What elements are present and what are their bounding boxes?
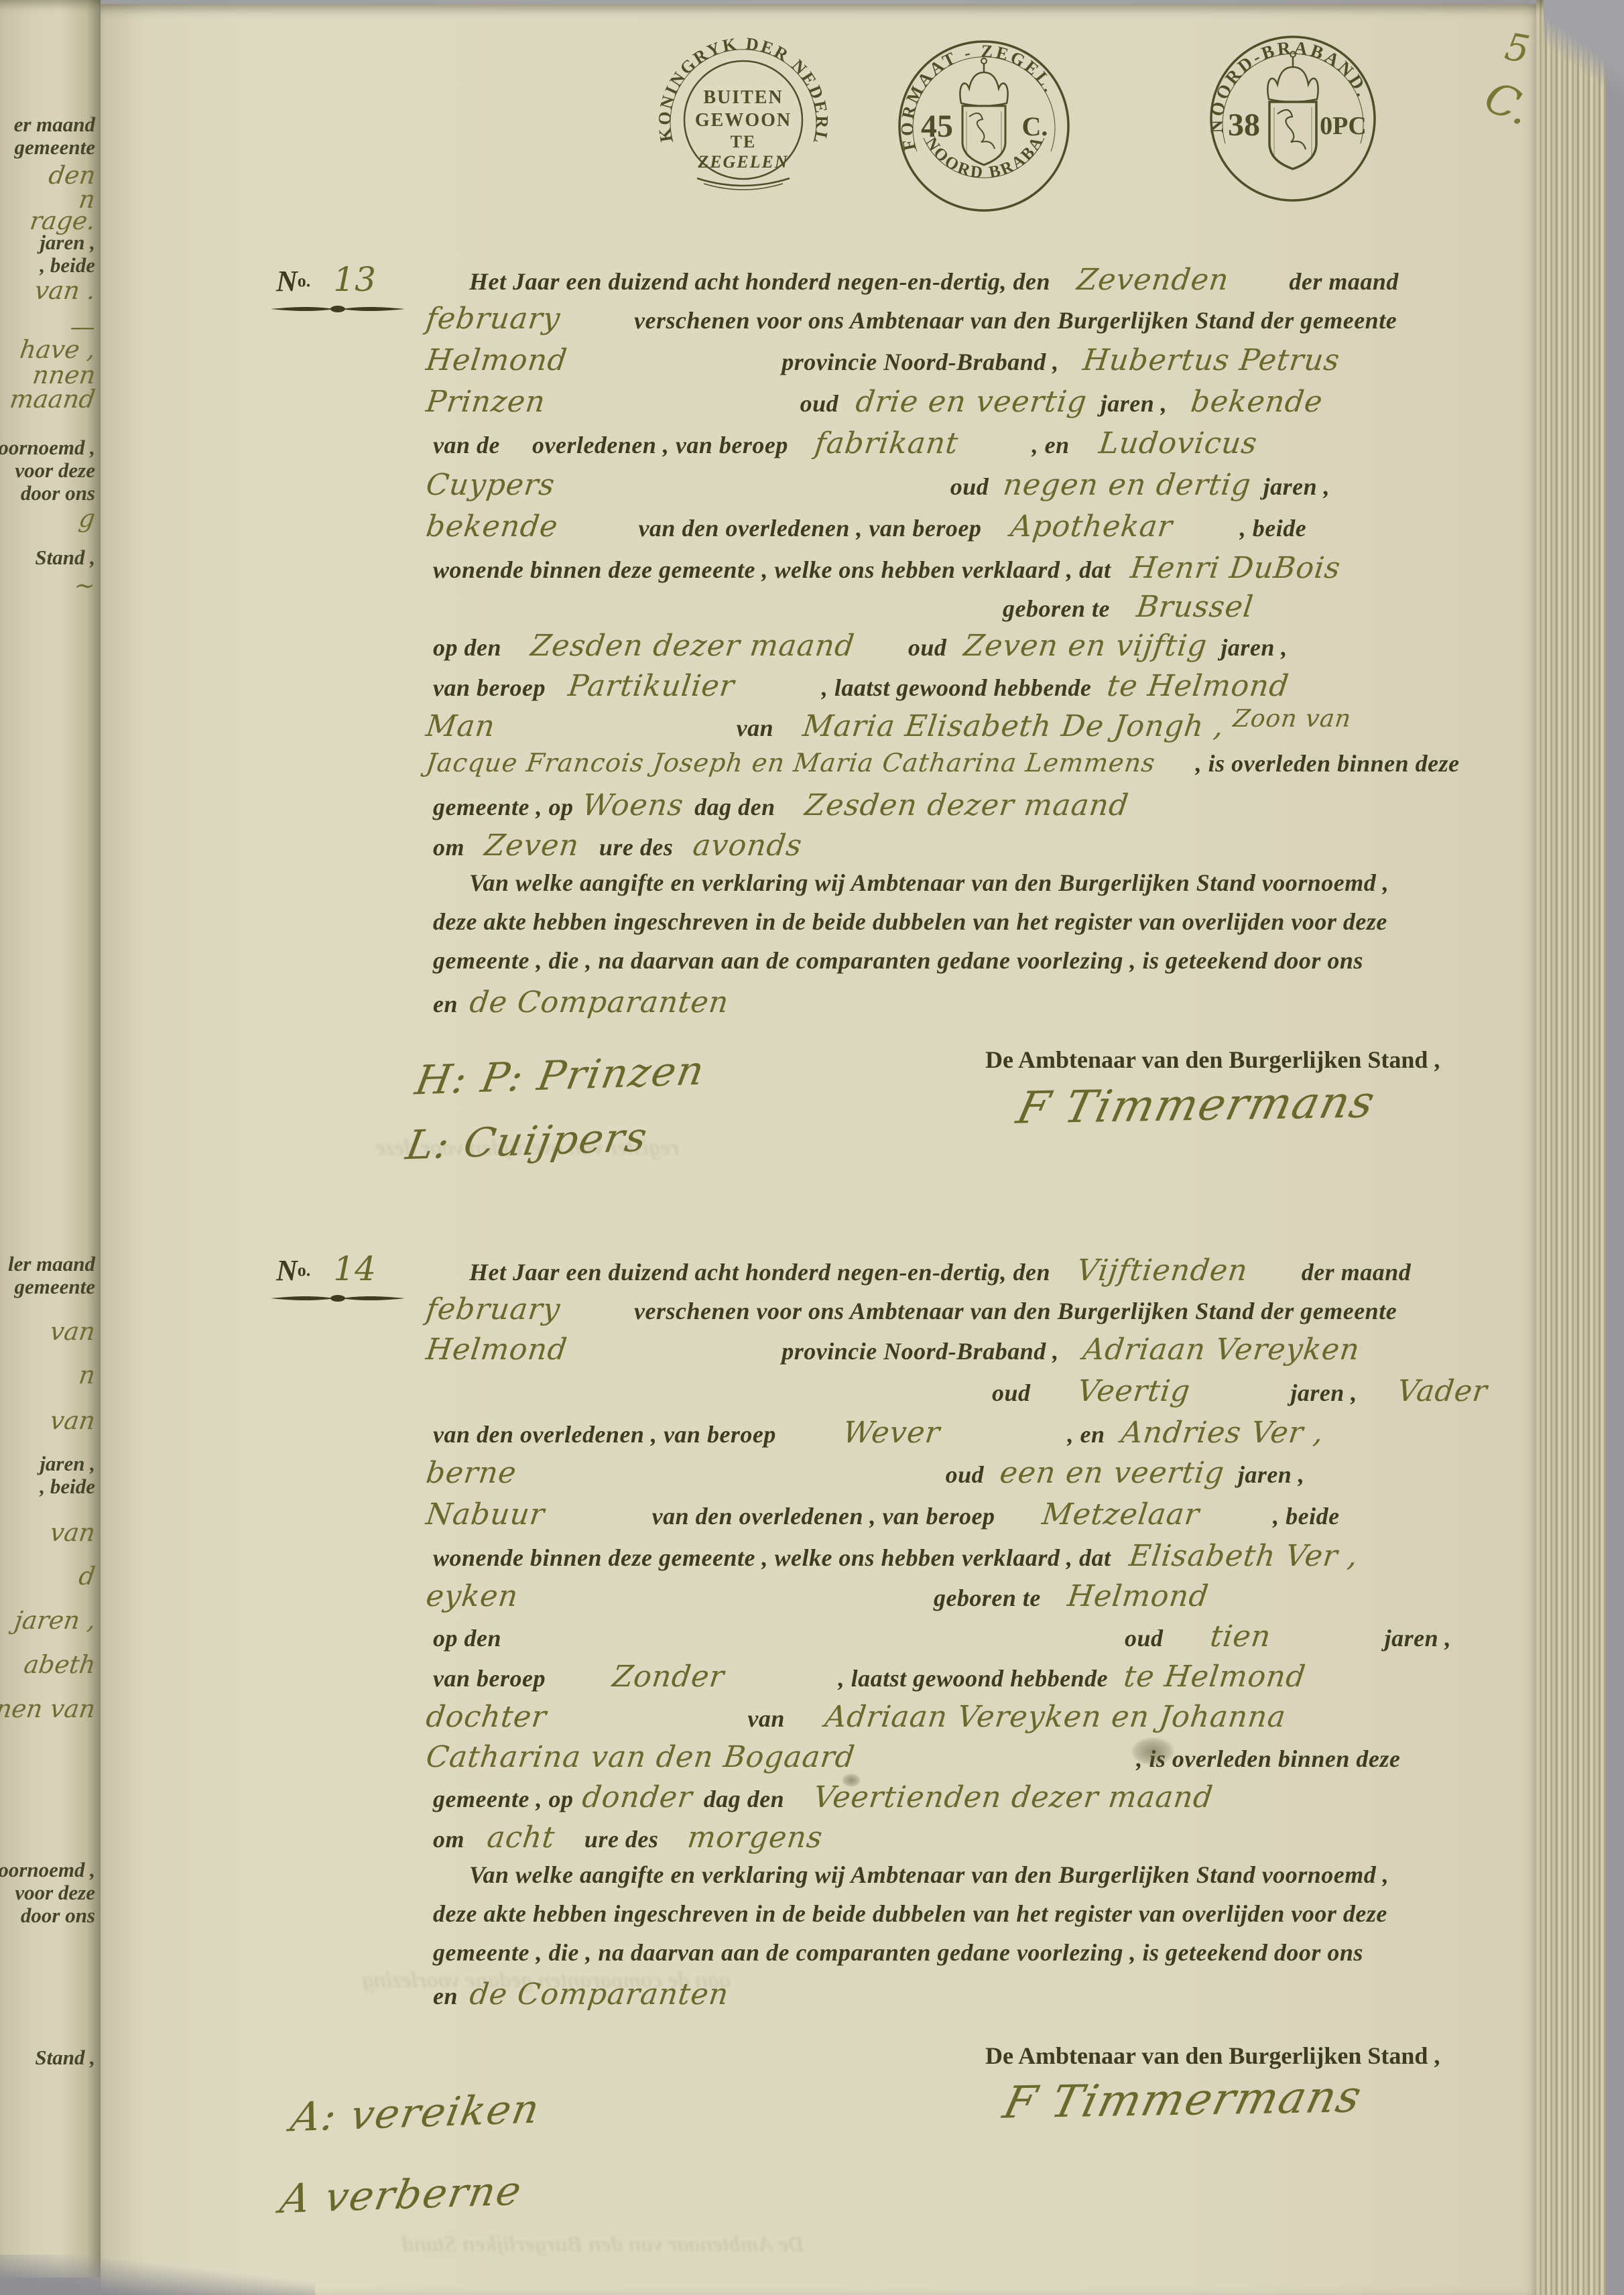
printed-text: Het Jaar een duizend acht honderd negen-… (469, 1258, 1050, 1286)
handwritten-fragment: n (77, 1361, 97, 1389)
printed-text: van (737, 714, 774, 742)
printed-text: der maand (1302, 1258, 1412, 1286)
printed-text: , laatst gewoond hebbende (822, 674, 1092, 702)
printed-text: der maand (1289, 267, 1399, 296)
printed-fragment: , beide (40, 253, 95, 277)
printed-fragment: door ons (21, 1904, 95, 1928)
form-line: Nabuurvan den overledenen , van beroepMe… (426, 1497, 1340, 1539)
printed-text: jaren , (1101, 389, 1168, 418)
handwritten-text: Nabuur (424, 1497, 547, 1532)
handwritten-fragment: nnen van (0, 1694, 97, 1723)
act-number-sup: o. (298, 1261, 311, 1280)
printed-text: dag den (694, 793, 775, 821)
printed-text: Het Jaar een duizend acht honderd negen-… (469, 267, 1050, 296)
officiant-signature: F Timmermans (1012, 1076, 1381, 1133)
handwritten-text: Woens (580, 788, 686, 822)
printed-fragment: door ons (21, 481, 95, 505)
printed-fragment: ler maand (8, 1252, 95, 1276)
form-line: dochtervanAdriaan Vereyken en Johanna (426, 1700, 1286, 1741)
printed-text: gemeente , die , na daarvan aan de compa… (433, 946, 1363, 975)
officiant-signature: F Timmermans (999, 2070, 1367, 2128)
printed-fragment: jaren , (40, 231, 95, 255)
handwritten-text: Cuypers (424, 468, 557, 502)
form-line: van den overledenen , van beroepWever, e… (433, 1416, 1323, 1457)
ink-blot (842, 1774, 861, 1787)
printed-text: oud (800, 389, 839, 418)
handwritten-fragment: g (77, 504, 97, 533)
form-line: Catharina van den Bogaard, is overleden … (426, 1740, 1400, 1782)
handwritten-text: de Comparanten (468, 985, 731, 1019)
stamp-center-line: BUITEN (703, 87, 783, 108)
handwritten-text: te Helmond (1105, 669, 1291, 703)
handwritten-fragment: have , (18, 335, 97, 364)
form-line: bekendevan den overledenen , van beroepA… (426, 509, 1306, 551)
printed-text: jaren , (1221, 633, 1288, 662)
handwritten-text: Partikulier (566, 669, 737, 703)
form-line: wonende binnen deze gemeente , welke ons… (433, 1539, 1359, 1580)
ink-showthrough-line: register van overlijden voor deze (375, 1135, 679, 1161)
handwritten-fragment: ~ (72, 571, 97, 600)
act-number-value: 13 (333, 260, 376, 299)
act-number-prefix: N (276, 1254, 298, 1287)
printed-text: , laatst gewoond hebbende (838, 1664, 1109, 1692)
handwritten-text: berne (424, 1456, 519, 1490)
handwritten-text: Zonder (611, 1660, 727, 1694)
handwritten-text: Zeven en vijftig (962, 629, 1209, 663)
handwritten-text: bekende (424, 509, 560, 544)
form-line: Jacque Francois Joseph en Maria Catharin… (426, 748, 1460, 786)
handwritten-text: Prinzen (424, 385, 548, 419)
witness-signature: A: vereiken (288, 2086, 544, 2142)
form-line: Cuypersoudnegen en dertigjaren , (426, 468, 1330, 509)
printed-text: , en (1032, 431, 1070, 459)
left-page-edge: er maandgemeentedennrage.jaren ,, beidev… (0, 0, 101, 2278)
printed-fragment: er maand (14, 113, 95, 137)
act-number-prefix: N (276, 265, 298, 298)
stamp-value-right: 0PC (1320, 112, 1367, 140)
printed-fragment: voor deze (15, 1881, 95, 1905)
form-line: Van welke aangifte en verklaring wij Amb… (469, 869, 1389, 906)
form-line: ende Comparanten (433, 985, 729, 1027)
printed-text: oud (950, 473, 989, 501)
handwritten-text: Wever (841, 1416, 942, 1450)
handwritten-text: Zesden dezer maand (529, 629, 857, 663)
form-line: eykengeboren teHelmond (426, 1579, 1208, 1621)
handwritten-text: bekende (1189, 385, 1325, 419)
act-number-sup: o. (298, 271, 311, 291)
handwritten-text: Hubertus Petrus (1081, 343, 1342, 377)
printed-text: van beroep (433, 674, 546, 702)
handwritten-text: morgens (686, 1820, 825, 1855)
form-line: gemeente , opdonderdag denVeertienden de… (433, 1780, 1213, 1822)
handwritten-text: Andries Ver , (1119, 1416, 1325, 1450)
printed-text: Van welke aangifte en verklaring wij Amb… (469, 1861, 1389, 1889)
form-line: van beroepZonder, laatst gewoond hebbend… (433, 1660, 1306, 1701)
printed-fragment: Stand , (35, 546, 95, 570)
handwritten-text: een en veertig (998, 1456, 1227, 1490)
handwritten-text: drie en veertig (854, 385, 1089, 419)
formaat-zegel-stamp: FORMAAT - ZEGEL. NOORD BRABAND. 45 C. (894, 36, 1074, 216)
handwritten-text: Jacque Francois Joseph en Maria Catharin… (424, 748, 1157, 778)
printed-fragment: gemeente (14, 1275, 95, 1299)
stamp-value-left: 45 (921, 109, 953, 144)
officiant-title: De Ambtenaar van den Burgerlijken Stand … (985, 1046, 1440, 1074)
printed-text: geboren te (1003, 595, 1110, 623)
handwritten-text: dochter (424, 1700, 549, 1734)
printed-text: Van welke aangifte en verklaring wij Amb… (469, 869, 1389, 897)
handwritten-fragment: abeth (22, 1650, 97, 1679)
scanned-register-page: er maandgemeentedennrage.jaren ,, beidev… (0, 0, 1624, 2295)
handwritten-text: Adriaan Vereyken (1081, 1332, 1362, 1367)
form-line: Prinzenouddrie en veertigjaren ,bekende (426, 385, 1323, 426)
handwritten-text: Ludovicus (1097, 426, 1259, 460)
form-line: Het Jaar een duizend acht honderd negen-… (469, 1253, 1411, 1295)
handwritten-text: Vader (1395, 1374, 1489, 1408)
handwritten-text: Brussel (1135, 590, 1255, 624)
handwritten-text: acht (485, 1820, 557, 1855)
handwritten-fragment: jaren , (13, 1606, 98, 1635)
printed-text: gemeente , op (433, 1785, 573, 1813)
printed-text: , beide (1273, 1502, 1339, 1530)
page-corner-top-right (1544, 0, 1624, 114)
stamp-center-line: TE (731, 132, 757, 151)
stamp-value-left: 38 (1228, 107, 1260, 143)
form-line: van beroepPartikulier, laatst gewoond he… (433, 669, 1289, 710)
form-line: Helmondprovincie Noord-Braband ,Hubertus… (426, 343, 1340, 385)
printed-fragment: voor deze (15, 458, 95, 483)
stamp-center-line: GEWOON (695, 110, 792, 131)
form-line: op denZesden dezer maandoudZeven en vijf… (433, 629, 1288, 670)
officiant-title: De Ambtenaar van den Burgerlijken Stand … (985, 2042, 1440, 2070)
printed-fragment: , beide (40, 1475, 95, 1499)
ink-blot (1131, 1737, 1174, 1765)
handwritten-text: Maria Elisabeth De Jongh , (801, 709, 1226, 743)
printed-text: , is overleden binnen deze (1196, 749, 1460, 778)
crowned-shield-icon (1267, 52, 1318, 169)
stamp-center-line: ZEGELEN (697, 152, 788, 172)
buitengewoon-stamp: KONINGRYK DER NEDERLANDEN BUITEN GEWOON … (655, 32, 831, 208)
handwritten-text: Vijftienden (1075, 1253, 1250, 1288)
crowned-shield-icon (960, 58, 1007, 165)
printed-fragment: oornoemd , (0, 1858, 95, 1882)
printed-text: overledenen , van beroep (532, 431, 788, 459)
handwritten-text: Elisabeth Ver , (1127, 1539, 1360, 1573)
printed-text: oud (908, 633, 947, 662)
printed-text: wonende binnen deze gemeente , welke ons… (433, 556, 1111, 584)
printed-text: van beroep (433, 1664, 546, 1692)
handwritten-text: Adriaan Vereyken en Johanna (823, 1700, 1288, 1734)
form-line: gemeente , die , na daarvan aan de compa… (433, 946, 1363, 983)
form-line: op denoudtienjaren , (433, 1619, 1451, 1661)
form-line: februaryverschenen voor ons Ambtenaar va… (426, 302, 1397, 343)
printed-text: gemeente , die , na daarvan aan de compa… (433, 1938, 1363, 1967)
printed-text: ure des (584, 1825, 659, 1853)
ornament-rule (271, 1294, 405, 1306)
printed-fragment: oornoemd , (0, 436, 95, 460)
printed-text: oud (1125, 1624, 1164, 1652)
printed-text: provincie Noord-Braband , (782, 348, 1059, 376)
printed-text: jaren , (1290, 1379, 1357, 1407)
printed-text: om (433, 833, 464, 861)
printed-text: van (747, 1704, 785, 1733)
form-line: februaryverschenen voor ons Ambtenaar va… (426, 1292, 1397, 1334)
handwritten-text: negen en dertig (1001, 468, 1253, 502)
handwritten-text: Helmond (424, 343, 569, 377)
printed-text: dag den (704, 1785, 785, 1813)
printed-text: om (433, 1825, 464, 1853)
act-number-label: No.14 (276, 1249, 376, 1288)
handwritten-fragment: d (77, 1562, 97, 1591)
handwritten-text: Veertig (1075, 1374, 1192, 1408)
handwritten-text: Catharina van den Bogaard (424, 1740, 857, 1774)
handwritten-text: Apothekar (1009, 509, 1175, 544)
handwritten-text: Man (424, 709, 497, 743)
printed-text: en (433, 990, 458, 1018)
printed-fragment: Stand , (35, 2046, 95, 2070)
ink-showthrough-line: aan de comparanten gedane voorlezing (362, 1968, 731, 1993)
handwritten-fragment: van (48, 1518, 97, 1547)
page-corner-bottom-left (0, 2255, 315, 2295)
printed-text: ure des (599, 833, 674, 861)
printed-text: gemeente , op (433, 793, 573, 821)
printed-text: , beide (1240, 514, 1306, 542)
handwritten-text: Zoon van (1232, 705, 1353, 733)
handwritten-text: eyken (424, 1579, 520, 1613)
stamp-value-right: C. (1022, 111, 1048, 141)
handwritten-text: Helmond (424, 1332, 569, 1367)
handwritten-fragment: maand (8, 385, 97, 414)
page-stack-edge (1536, 0, 1606, 2295)
printed-text: jaren , (1263, 473, 1330, 501)
handwritten-text: Zesden dezer maand (803, 788, 1131, 822)
printed-text: wonende binnen deze gemeente , welke ons… (433, 1544, 1111, 1572)
form-line: berneoudeen en veertigjaren , (426, 1456, 1304, 1497)
printed-text: jaren , (1238, 1461, 1305, 1489)
handwritten-fragment: van (48, 1317, 97, 1346)
printed-fragment: gemeente (14, 135, 95, 160)
form-line: gemeente , opWoensdag denZesden dezer ma… (433, 788, 1129, 830)
form-line: geboren teBrussel (1003, 590, 1253, 631)
printed-text: verschenen voor ons Ambtenaar van den Bu… (634, 1297, 1397, 1325)
printed-text: van de (433, 431, 500, 459)
handwritten-text: Zevenden (1075, 263, 1231, 297)
handwritten-text: fabrikant (813, 426, 960, 460)
form-line: deze akte hebben ingeschreven in de beid… (433, 908, 1387, 944)
printed-text: van den overledenen , van beroep (652, 1502, 995, 1530)
ornament-rule (271, 304, 405, 317)
handwritten-text: Zeven (483, 828, 581, 863)
act-number-label: No.13 (276, 260, 376, 299)
printed-text: oud (992, 1379, 1031, 1407)
handwritten-text: Veertienden dezer maand (812, 1780, 1215, 1814)
noord-braband-stamp: NOORD-BRABAND. 38 0PC (1205, 31, 1381, 206)
form-line: omZevenure desavonds (433, 828, 802, 870)
printed-text: , en (1068, 1420, 1105, 1448)
printed-text: geboren te (934, 1584, 1041, 1612)
handwritten-text: avonds (691, 828, 804, 863)
handwritten-text: Helmond (1066, 1579, 1210, 1613)
handwritten-text: february (424, 302, 562, 336)
form-line: oudVeertigjaren ,Vader (992, 1374, 1487, 1416)
form-line: Van welke aangifte en verklaring wij Amb… (469, 1861, 1389, 1898)
printed-text: op den (433, 633, 501, 662)
printed-text: oud (946, 1461, 985, 1489)
form-line: wonende binnen deze gemeente , welke ons… (433, 551, 1340, 593)
printed-fragment: jaren , (40, 1452, 95, 1476)
printed-text: , is overleden binnen deze (1136, 1745, 1400, 1773)
handwritten-text: Henri DuBois (1129, 551, 1342, 585)
printed-text: verschenen voor ons Ambtenaar van den Bu… (634, 306, 1397, 334)
form-line: Helmondprovincie Noord-Braband ,Adriaan … (426, 1332, 1359, 1374)
act-number-value: 14 (333, 1249, 376, 1288)
printed-text: deze akte hebben ingeschreven in de beid… (433, 1900, 1387, 1928)
printed-text: deze akte hebben ingeschreven in de beid… (433, 908, 1387, 936)
handwritten-text: Metzelaar (1040, 1497, 1201, 1532)
form-line: ManvanMaria Elisabeth De Jongh ,Zoon van (426, 709, 1351, 751)
printed-text: van den overledenen , van beroep (433, 1420, 776, 1448)
printed-text: jaren , (1385, 1624, 1452, 1652)
printed-text: provincie Noord-Braband , (782, 1337, 1059, 1365)
handwritten-text: donder (580, 1780, 694, 1814)
form-line: omachture desmorgens (433, 1820, 823, 1862)
ink-showthrough-line: De Ambtenaar van den Burgerlijken Stand (402, 2232, 804, 2257)
handwritten-text: te Helmond (1122, 1660, 1308, 1694)
handwritten-fragment: van . (33, 276, 97, 305)
witness-signature: A verberne (277, 2168, 526, 2223)
handwritten-fragment: van (48, 1406, 97, 1435)
form-line: deze akte hebben ingeschreven in de beid… (433, 1900, 1387, 1936)
printed-text: op den (433, 1624, 501, 1652)
handwritten-text: february (424, 1292, 562, 1326)
handwritten-text: tien (1208, 1619, 1272, 1654)
form-line: van deoverledenen , van beroepfabrikant,… (433, 426, 1257, 468)
printed-text: van den overledenen , van beroep (638, 514, 981, 542)
form-line: Het Jaar een duizend acht honderd negen-… (469, 263, 1399, 304)
